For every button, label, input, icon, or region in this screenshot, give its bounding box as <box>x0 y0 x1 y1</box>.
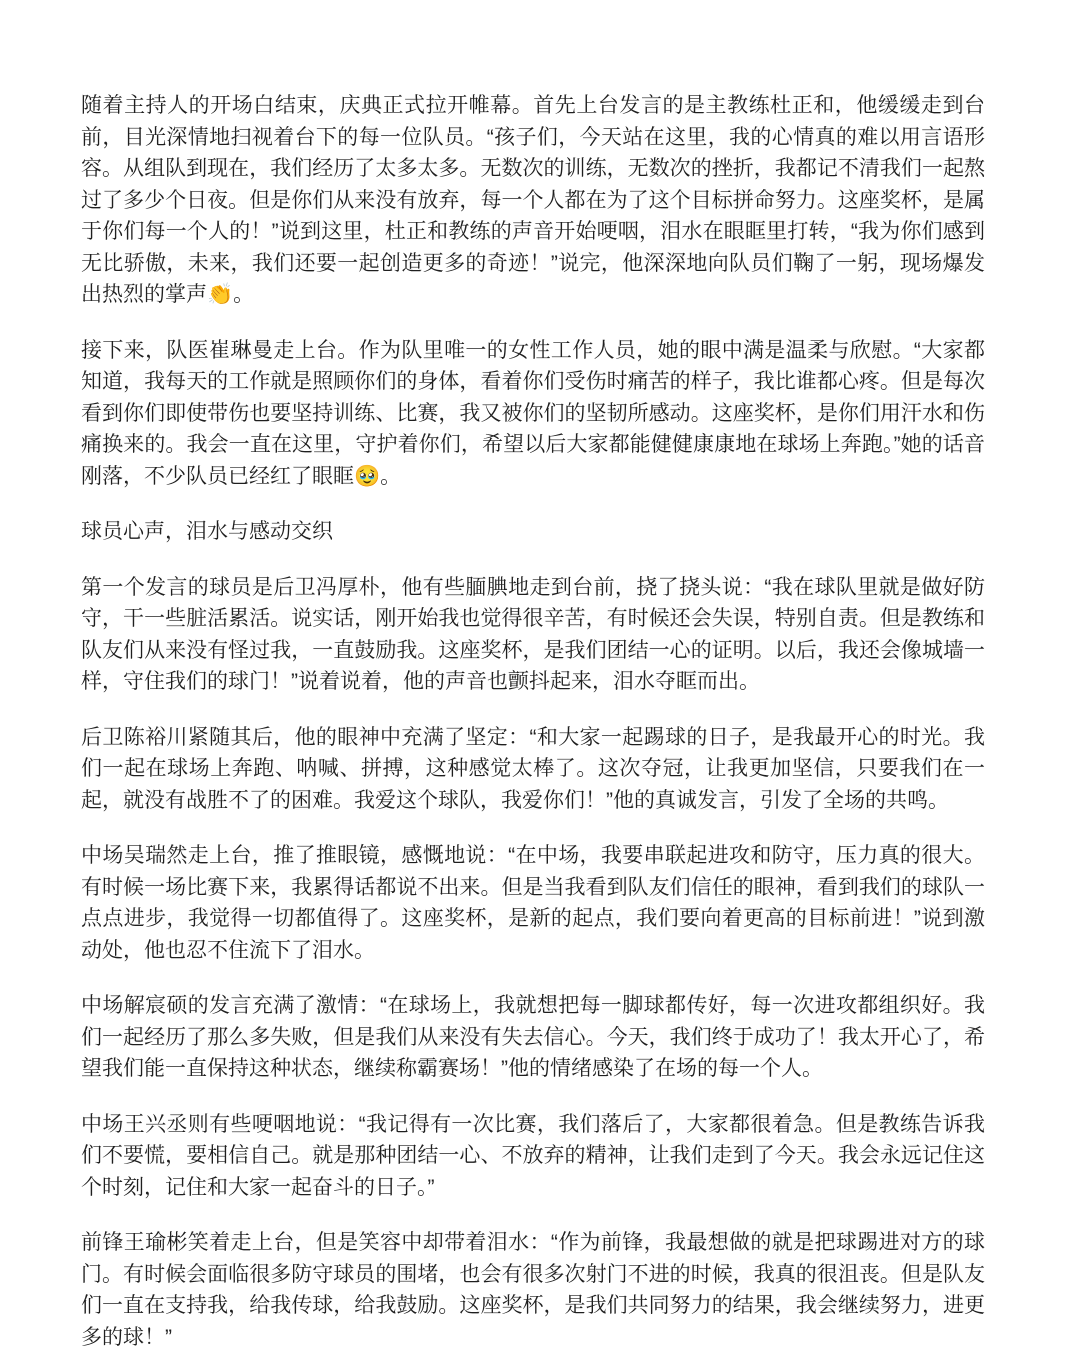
paragraph-midfielder-wu-ruiran: 中场吴瑞然走上台，推了推眼镜，感慨地说：“在中场，我要串联起进攻和防守，压力真的… <box>81 840 985 966</box>
paragraph-coach-speech: 随着主持人的开场白结束，庆典正式拉开帷幕。首先上台发言的是主教练杜正和，他缓缓走… <box>81 90 985 311</box>
document-page: 随着主持人的开场白结束，庆典正式拉开帷幕。首先上台发言的是主教练杜正和，他缓缓走… <box>0 0 1075 1353</box>
article-body: 随着主持人的开场白结束，庆典正式拉开帷幕。首先上台发言的是主教练杜正和，他缓缓走… <box>0 0 1075 1353</box>
paragraph-midfielder-wang-xingcheng: 中场王兴丞则有些哽咽地说：“我记得有一次比赛，我们落后了，大家都很着急。但是教练… <box>81 1109 985 1204</box>
section-heading-players-voices: 球员心声，泪水与感动交织 <box>81 516 985 548</box>
paragraph-midfielder-xie-chenshuo: 中场解宸硕的发言充满了激情：“在球场上，我就想把每一脚球都传好，每一次进攻都组织… <box>81 990 985 1085</box>
paragraph-forward-wang-yubin: 前锋王瑜彬笑着走上台，但是笑容中却带着泪水：“作为前锋，我最想做的就是把球踢进对… <box>81 1227 985 1353</box>
paragraph-defender-chen-yuchuan: 后卫陈裕川紧随其后，他的眼神中充满了坚定：“和大家一起踢球的日子，是我最开心的时… <box>81 722 985 817</box>
paragraph-team-doctor-speech: 接下来，队医崔琳曼走上台。作为队里唯一的女性工作人员，她的眼中满是温柔与欣慰。“… <box>81 335 985 493</box>
paragraph-defender-feng-houpu: 第一个发言的球员是后卫冯厚朴，他有些腼腆地走到台前，挠了挠头说：“我在球队里就是… <box>81 572 985 698</box>
